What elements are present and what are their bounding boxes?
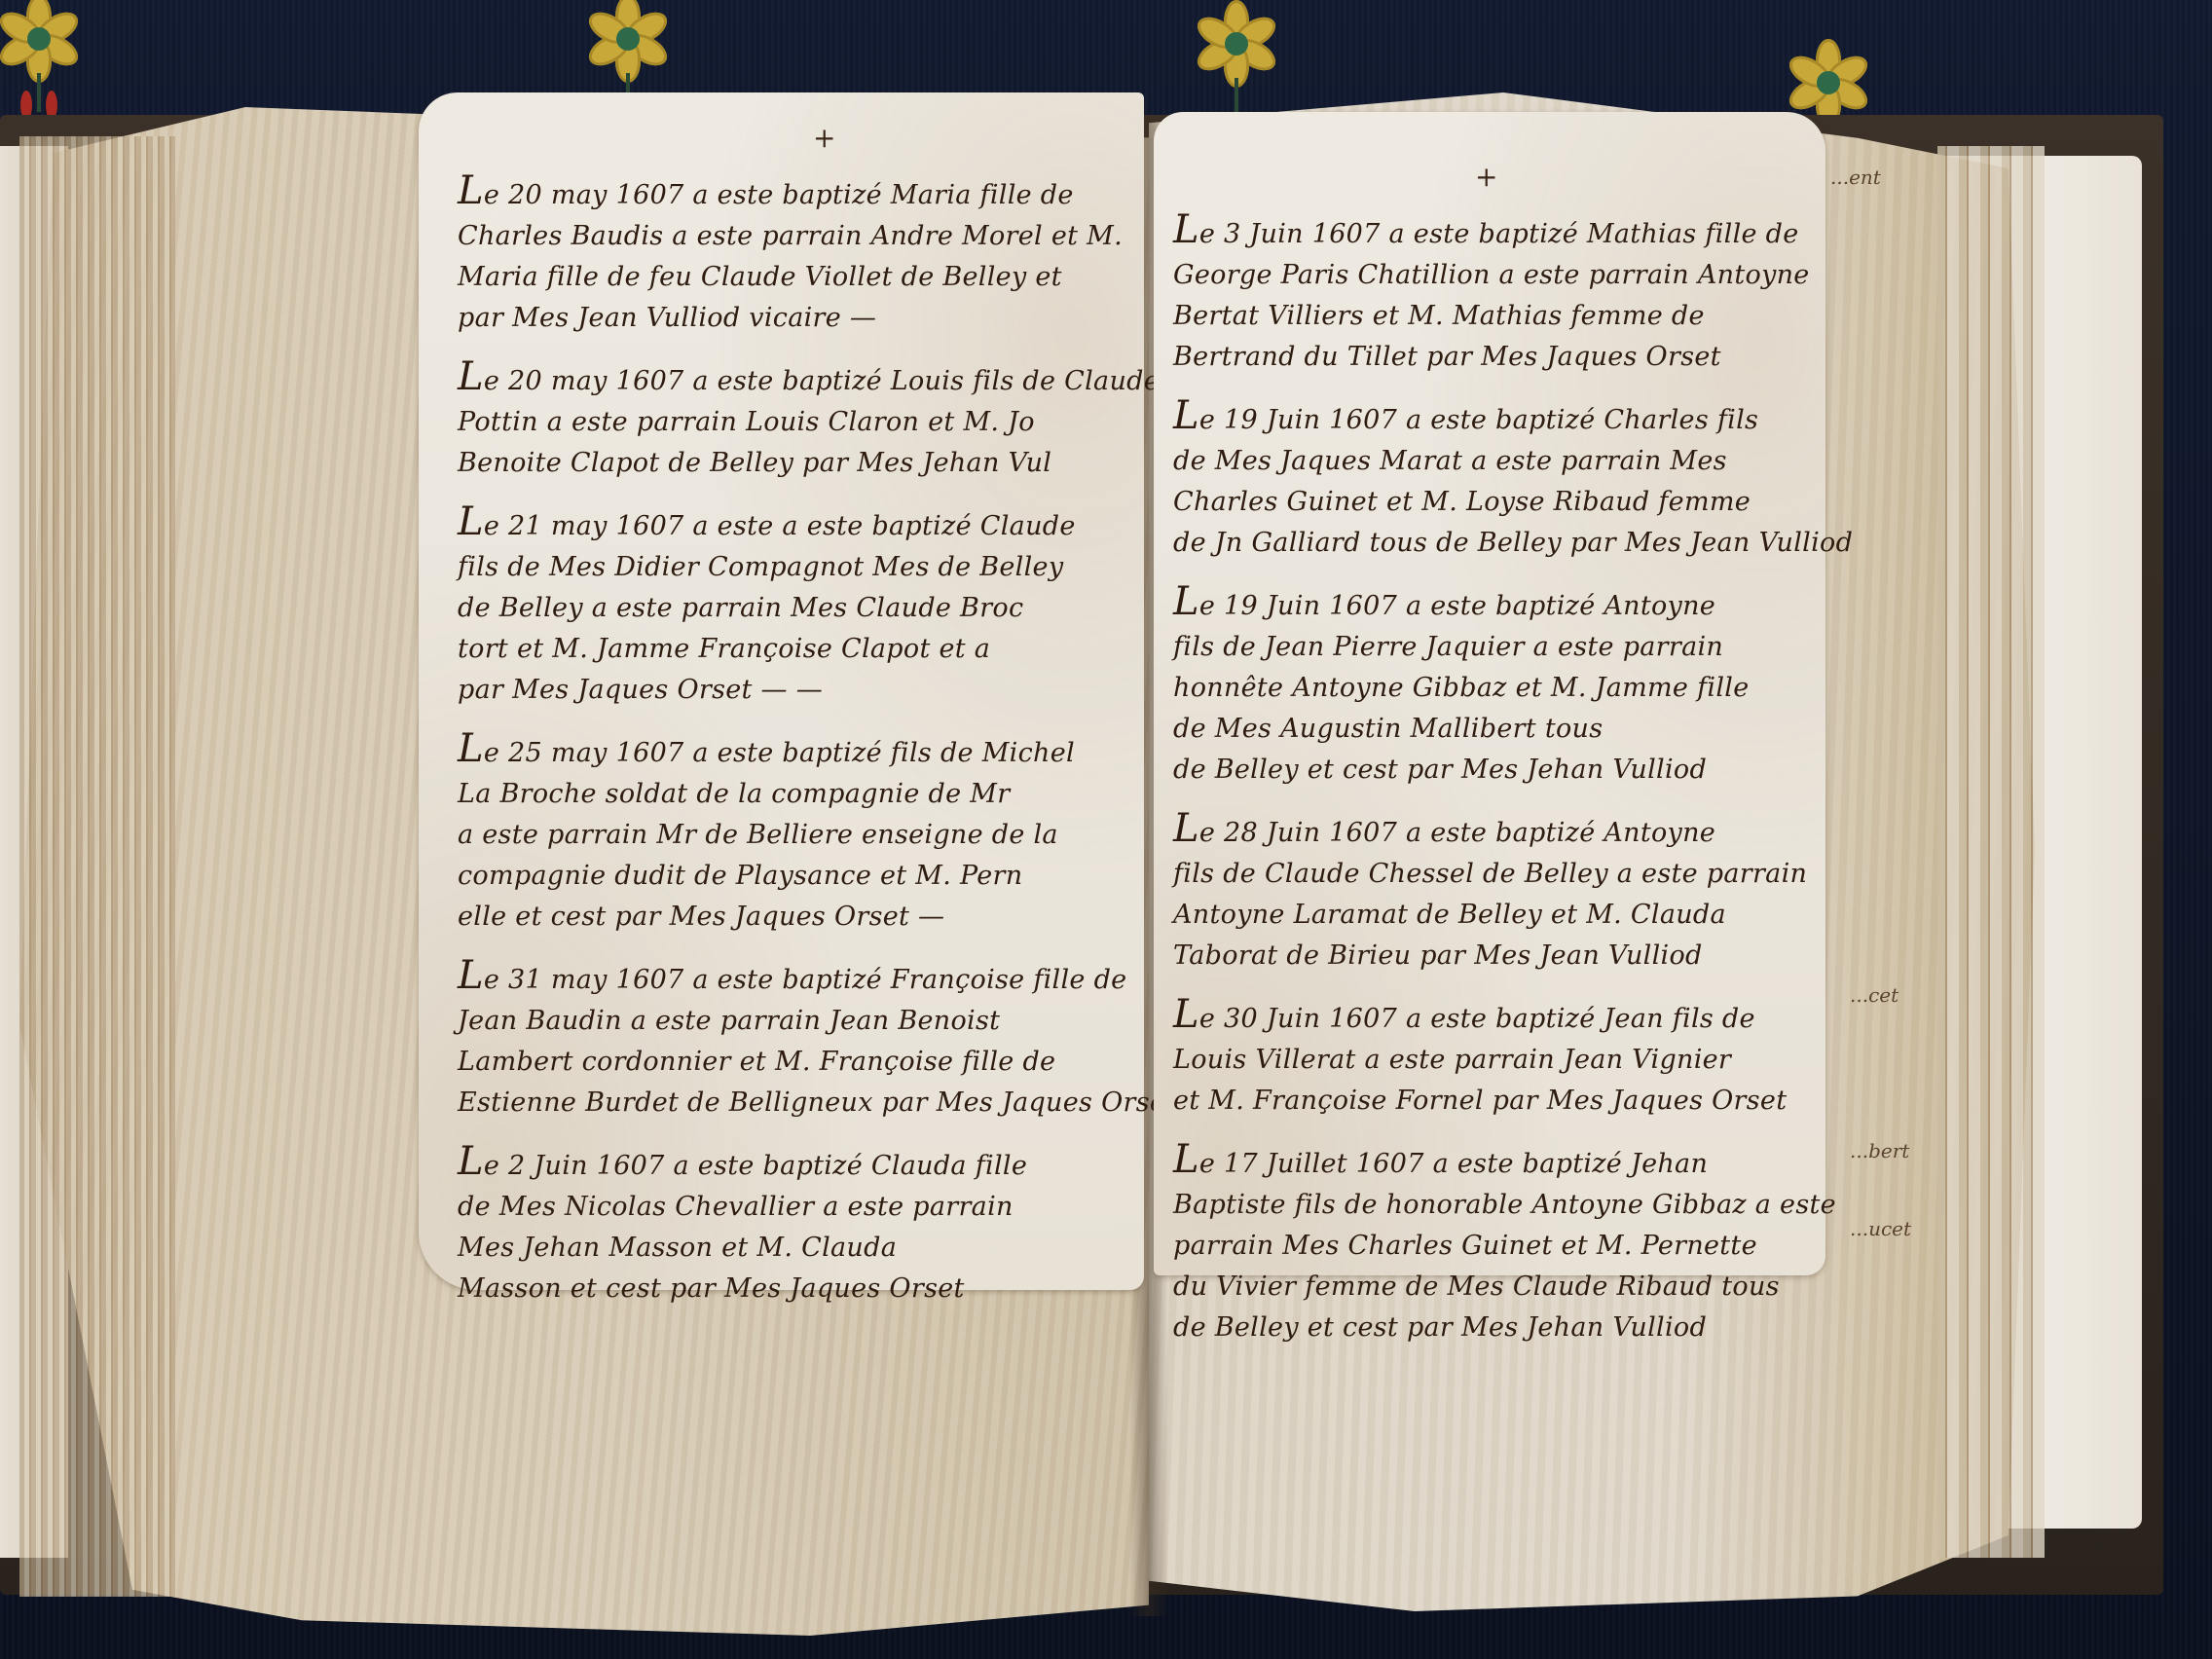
entry-line: Le 2 Juin 1607 a este baptizé Clauda fil… — [458, 1141, 1124, 1187]
entry-line: Taborat de Birieu par Mes Jean Vulliod — [1173, 936, 1806, 977]
entry-line: du Vivier femme de Mes Claude Ribaud tou… — [1173, 1267, 1806, 1308]
entry-line: de Mes Jaques Marat a este parrain Mes — [1173, 441, 1806, 482]
entry-line: Lambert cordonnier et M. Françoise fille… — [458, 1042, 1124, 1083]
entry-line: Bertat Villiers et M. Mathias femme de — [1173, 296, 1806, 337]
left-ragged-edge — [19, 136, 175, 1597]
baptism-entry: Le 2 Juin 1607 a este baptizé Clauda fil… — [458, 1141, 1124, 1309]
entry-line: Baptiste fils de honorable Antoyne Gibba… — [1173, 1185, 1806, 1226]
entry-line: Pottin a este parrain Louis Claron et M.… — [458, 402, 1124, 443]
embroidered-flower-icon — [0, 0, 83, 83]
entry-line: de Belley et cest par Mes Jehan Vulliod — [1173, 1308, 1806, 1348]
entry-line: Benoite Clapot de Belley par Mes Jehan V… — [458, 443, 1124, 484]
entry-line: de Mes Nicolas Chevallier a este parrain — [458, 1187, 1124, 1228]
entry-line: Le 30 Juin 1607 a este baptizé Jean fils… — [1173, 994, 1806, 1040]
entry-line: Le 20 may 1607 a este baptizé Maria fill… — [458, 170, 1124, 216]
baptism-entry: Le 20 may 1607 a este baptizé Louis fils… — [458, 356, 1124, 484]
margin-note: ...ent — [1830, 166, 1881, 189]
entry-line: de Belley a este parrain Mes Claude Broc — [458, 588, 1124, 629]
entry-line: de Mes Augustin Mallibert tous — [1173, 709, 1806, 750]
entry-line: fils de Jean Pierre Jaquier a este parra… — [1173, 627, 1806, 668]
entry-line: honnête Antoyne Gibbaz et M. Jamme fille — [1173, 668, 1806, 709]
entry-line: Le 28 Juin 1607 a este baptizé Antoyne — [1173, 808, 1806, 854]
entry-line: La Broche soldat de la compagnie de Mr — [458, 774, 1124, 815]
margin-note: ...ucet — [1850, 1217, 1911, 1240]
entry-line: de Jn Galliard tous de Belley par Mes Je… — [1173, 523, 1806, 564]
entry-line: Charles Baudis a este parrain Andre More… — [458, 216, 1124, 257]
baptism-entry: Le 21 may 1607 a este a este baptizé Cla… — [458, 501, 1124, 711]
cross-mark: + — [813, 122, 835, 154]
entry-line: Le 17 Juillet 1607 a este baptizé Jehan — [1173, 1139, 1806, 1185]
baptism-entry: Le 25 may 1607 a este baptizé fils de Mi… — [458, 728, 1124, 938]
entry-line: Maria fille de feu Claude Viollet de Bel… — [458, 257, 1124, 298]
entry-line: Le 3 Juin 1607 a este baptizé Mathias fi… — [1173, 209, 1806, 255]
entry-line: tort et M. Jamme Françoise Clapot et a — [458, 629, 1124, 670]
baptism-entry: Le 28 Juin 1607 a este baptizé Antoyne f… — [1173, 808, 1806, 977]
baptism-entries-left: Le 20 may 1607 a este baptizé Maria fill… — [458, 170, 1124, 1327]
entry-line: et M. Françoise Fornel par Mes Jaques Or… — [1173, 1081, 1806, 1122]
right-ragged-edge — [1937, 146, 2045, 1558]
entry-line: Le 25 may 1607 a este baptizé fils de Mi… — [458, 728, 1124, 774]
entry-line: Charles Guinet et M. Loyse Ribaud femme — [1173, 482, 1806, 523]
entry-line: par Mes Jaques Orset — — — [458, 670, 1124, 711]
baptism-entry: Le 30 Juin 1607 a este baptizé Jean fils… — [1173, 994, 1806, 1122]
entry-line: fils de Claude Chessel de Belley a este … — [1173, 854, 1806, 895]
baptism-entry: Le 31 may 1607 a este baptizé Françoise … — [458, 955, 1124, 1124]
baptism-entry: Le 19 Juin 1607 a este baptizé Antoyne f… — [1173, 581, 1806, 791]
entry-line: parrain Mes Charles Guinet et M. Pernett… — [1173, 1226, 1806, 1267]
entry-line: Mes Jehan Masson et M. Clauda — [458, 1228, 1124, 1269]
entry-line: de Belley et cest par Mes Jehan Vulliod — [1173, 750, 1806, 791]
margin-note: ...bert — [1850, 1139, 1909, 1162]
baptism-entries-right: Le 3 Juin 1607 a este baptizé Mathias fi… — [1173, 209, 1806, 1366]
entry-line: compagnie dudit de Playsance et M. Pern — [458, 856, 1124, 897]
entry-line: Le 19 Juin 1607 a este baptizé Charles f… — [1173, 395, 1806, 441]
entry-line: Le 21 may 1607 a este a este baptizé Cla… — [458, 501, 1124, 547]
entry-line: elle et cest par Mes Jaques Orset — — [458, 897, 1124, 938]
entry-line: Le 20 may 1607 a este baptizé Louis fils… — [458, 356, 1124, 402]
margin-note: ...cet — [1850, 983, 1899, 1007]
entry-line: George Paris Chatillion a este parrain A… — [1173, 255, 1806, 296]
baptism-entry: Le 17 Juillet 1607 a este baptizé Jehan … — [1173, 1139, 1806, 1348]
embroidered-flower-icon — [584, 0, 672, 83]
entry-line: a este parrain Mr de Belliere enseigne d… — [458, 815, 1124, 856]
baptism-entry: Le 20 may 1607 a este baptizé Maria fill… — [458, 170, 1124, 339]
entry-line: par Mes Jean Vulliod vicaire — — [458, 298, 1124, 339]
embroidered-flower-icon — [1193, 0, 1280, 88]
baptism-entry: Le 19 Juin 1607 a este baptizé Charles f… — [1173, 395, 1806, 564]
entry-line: fils de Mes Didier Compagnot Mes de Bell… — [458, 547, 1124, 588]
entry-line: Louis Villerat a este parrain Jean Vigni… — [1173, 1040, 1806, 1081]
entry-line: Le 31 may 1607 a este baptizé Françoise … — [458, 955, 1124, 1001]
left-manuscript-page: + Le 20 may 1607 a este baptizé Maria fi… — [419, 92, 1144, 1290]
entry-line: Bertrand du Tillet par Mes Jaques Orset — [1173, 337, 1806, 378]
entry-line: Jean Baudin a este parrain Jean Benoist — [458, 1001, 1124, 1042]
entry-line: Masson et cest par Mes Jaques Orset — [458, 1269, 1124, 1309]
cross-mark: + — [1475, 161, 1497, 193]
right-manuscript-page: + Le 3 Juin 1607 a este baptizé Mathias … — [1154, 112, 1825, 1275]
entry-line: Le 19 Juin 1607 a este baptizé Antoyne — [1173, 581, 1806, 627]
baptism-entry: Le 3 Juin 1607 a este baptizé Mathias fi… — [1173, 209, 1806, 378]
entry-line: Estienne Burdet de Belligneux par Mes Ja… — [458, 1083, 1124, 1124]
entry-line: Antoyne Laramat de Belley et M. Clauda — [1173, 895, 1806, 936]
